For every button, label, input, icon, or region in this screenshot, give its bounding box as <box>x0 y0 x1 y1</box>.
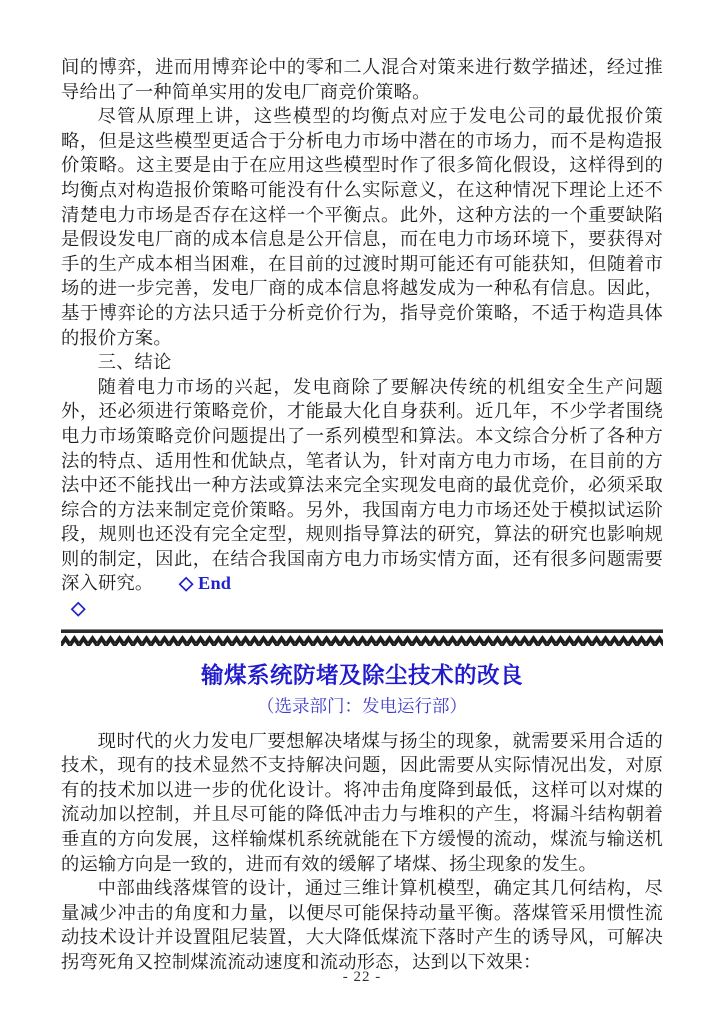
conclusion-paragraph: 随着电力市场的兴起，发电商除了要解决传统的机组安全生产问题外，还必须进行策略竞价… <box>61 375 663 621</box>
end-marker-diamond-icon: ◇ <box>71 598 85 618</box>
article2-paragraph-1: 现时代的火力发电厂要想解决堵煤与扬尘的现象，就需要采用合适的技术，现有的技术显然… <box>61 729 663 877</box>
body-paragraph: 尽管从原理上讲，这些模型的均衡点对应于发电公司的最优报价策略，但是这些模型更适合… <box>61 104 663 350</box>
document-page: 间的博弈，进而用博弈论中的零和二人混合对策来进行数学描述，经过推导给出了一种简单… <box>0 0 724 1024</box>
conclusion-text: 随着电力市场的兴起，发电商除了要解决传统的机组安全生产问题外，还必须进行策略竞价… <box>61 377 663 594</box>
page-number: - 22 - <box>0 969 724 986</box>
article-title: 输煤系统防堵及除尘技术的改良 <box>61 661 663 691</box>
article2-paragraph-2: 中部曲线落煤管的设计，通过三维计算机模型，确定其几何结构，尽量减少冲击的角度和力… <box>61 876 663 974</box>
section-divider <box>61 629 663 646</box>
end-marker: ◇ End <box>179 573 231 593</box>
section-heading-conclusion: 三、结论 <box>61 350 663 375</box>
divider-zigzag-pattern <box>61 635 663 646</box>
divider-solid-line <box>61 629 663 633</box>
continuation-paragraph: 间的博弈，进而用博弈论中的零和二人混合对策来进行数学描述，经过推导给出了一种简单… <box>61 55 663 104</box>
article-subtitle: （选录部门：发电运行部） <box>61 694 663 718</box>
page-content: 间的博弈，进而用博弈论中的零和二人混合对策来进行数学描述，经过推导给出了一种简单… <box>61 55 663 975</box>
